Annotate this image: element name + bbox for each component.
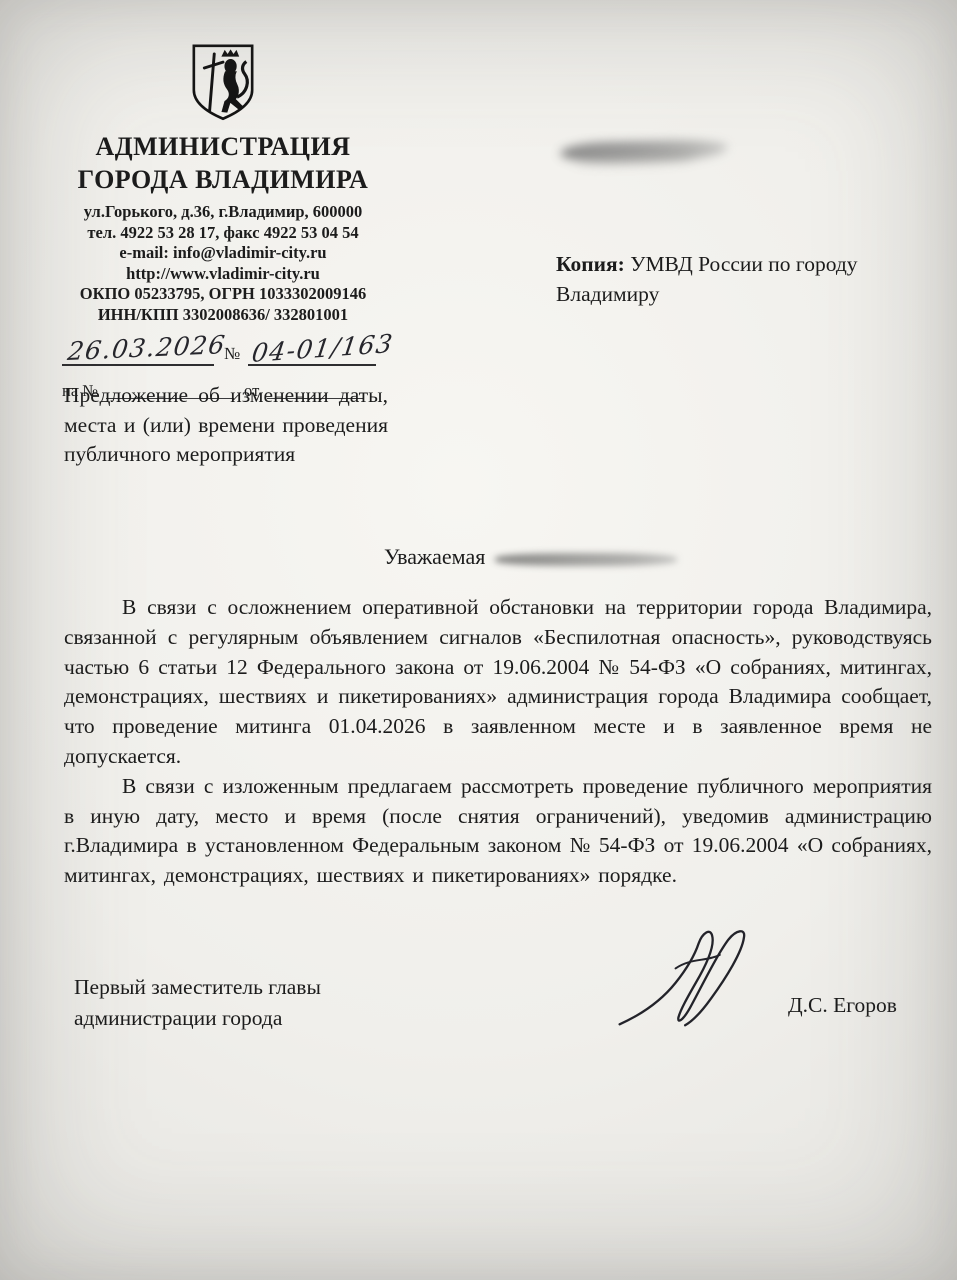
- signer-name: Д.С. Егоров: [788, 993, 897, 1018]
- org-name-line2: ГОРОДА ВЛАДИМИРА: [62, 165, 384, 195]
- signer-job-title-line2: администрации города: [74, 1003, 404, 1034]
- body-paragraph-1: В связи с осложнением оперативной обстан…: [64, 593, 932, 772]
- org-name-line1: АДМИНИСТРАЦИЯ: [62, 132, 384, 162]
- org-email: e-mail: info@vladimir-city.ru: [62, 243, 384, 264]
- org-phone-fax: тел. 4922 53 28 17, факс 4922 53 04 54: [62, 223, 384, 244]
- org-okpo-ogrn: ОКПО 05233795, ОГРН 1033302009146: [62, 284, 384, 305]
- crowned-lion-icon: [222, 50, 247, 112]
- signer-job-title-line1: Первый заместитель главы: [74, 972, 404, 1003]
- outgoing-ref-row: 26.03.2026 № 04-01/163: [62, 334, 384, 366]
- scanned-letter-page: АДМИНИСТРАЦИЯ ГОРОДА ВЛАДИМИРА ул.Горько…: [0, 0, 957, 1280]
- crown-icon: [222, 50, 239, 56]
- salutation-row: Уважаемая: [384, 544, 677, 570]
- cross-icon: [204, 54, 223, 111]
- signature-scribble-icon: [608, 926, 770, 1032]
- number-underline: 04-01/163: [248, 364, 376, 366]
- redacted-addressee-name: [560, 139, 728, 163]
- salutation-text: Уважаемая: [384, 544, 485, 570]
- copy-recipient: Копия: УМВД России по городу Владимиру: [556, 249, 904, 309]
- org-inn-kpp: ИНН/КПП 3302008636/ 332801001: [62, 305, 384, 326]
- handwritten-number: 04-01/163: [250, 328, 395, 367]
- letterhead: АДМИНИСТРАЦИЯ ГОРОДА ВЛАДИМИРА ул.Горько…: [62, 40, 384, 402]
- date-underline: 26.03.2026: [62, 364, 214, 366]
- redacted-salutation-name: [495, 553, 677, 566]
- copy-label: Копия:: [556, 252, 625, 276]
- vladimir-coat-of-arms-icon: [188, 40, 258, 124]
- signer-job-title: Первый заместитель главы администрации г…: [74, 972, 404, 1034]
- handwritten-date: 26.03.2026: [66, 329, 228, 365]
- org-address: ул.Горького, д.36, г.Владимир, 600000: [62, 202, 384, 223]
- org-website: http://www.vladimir-city.ru: [62, 264, 384, 285]
- body-paragraph-2: В связи с изложенным предлагаем рассмотр…: [64, 772, 932, 891]
- letter-body: В связи с осложнением оперативной обстан…: [64, 593, 932, 891]
- letter-subject: Предложение об изменении даты, места и (…: [64, 381, 388, 470]
